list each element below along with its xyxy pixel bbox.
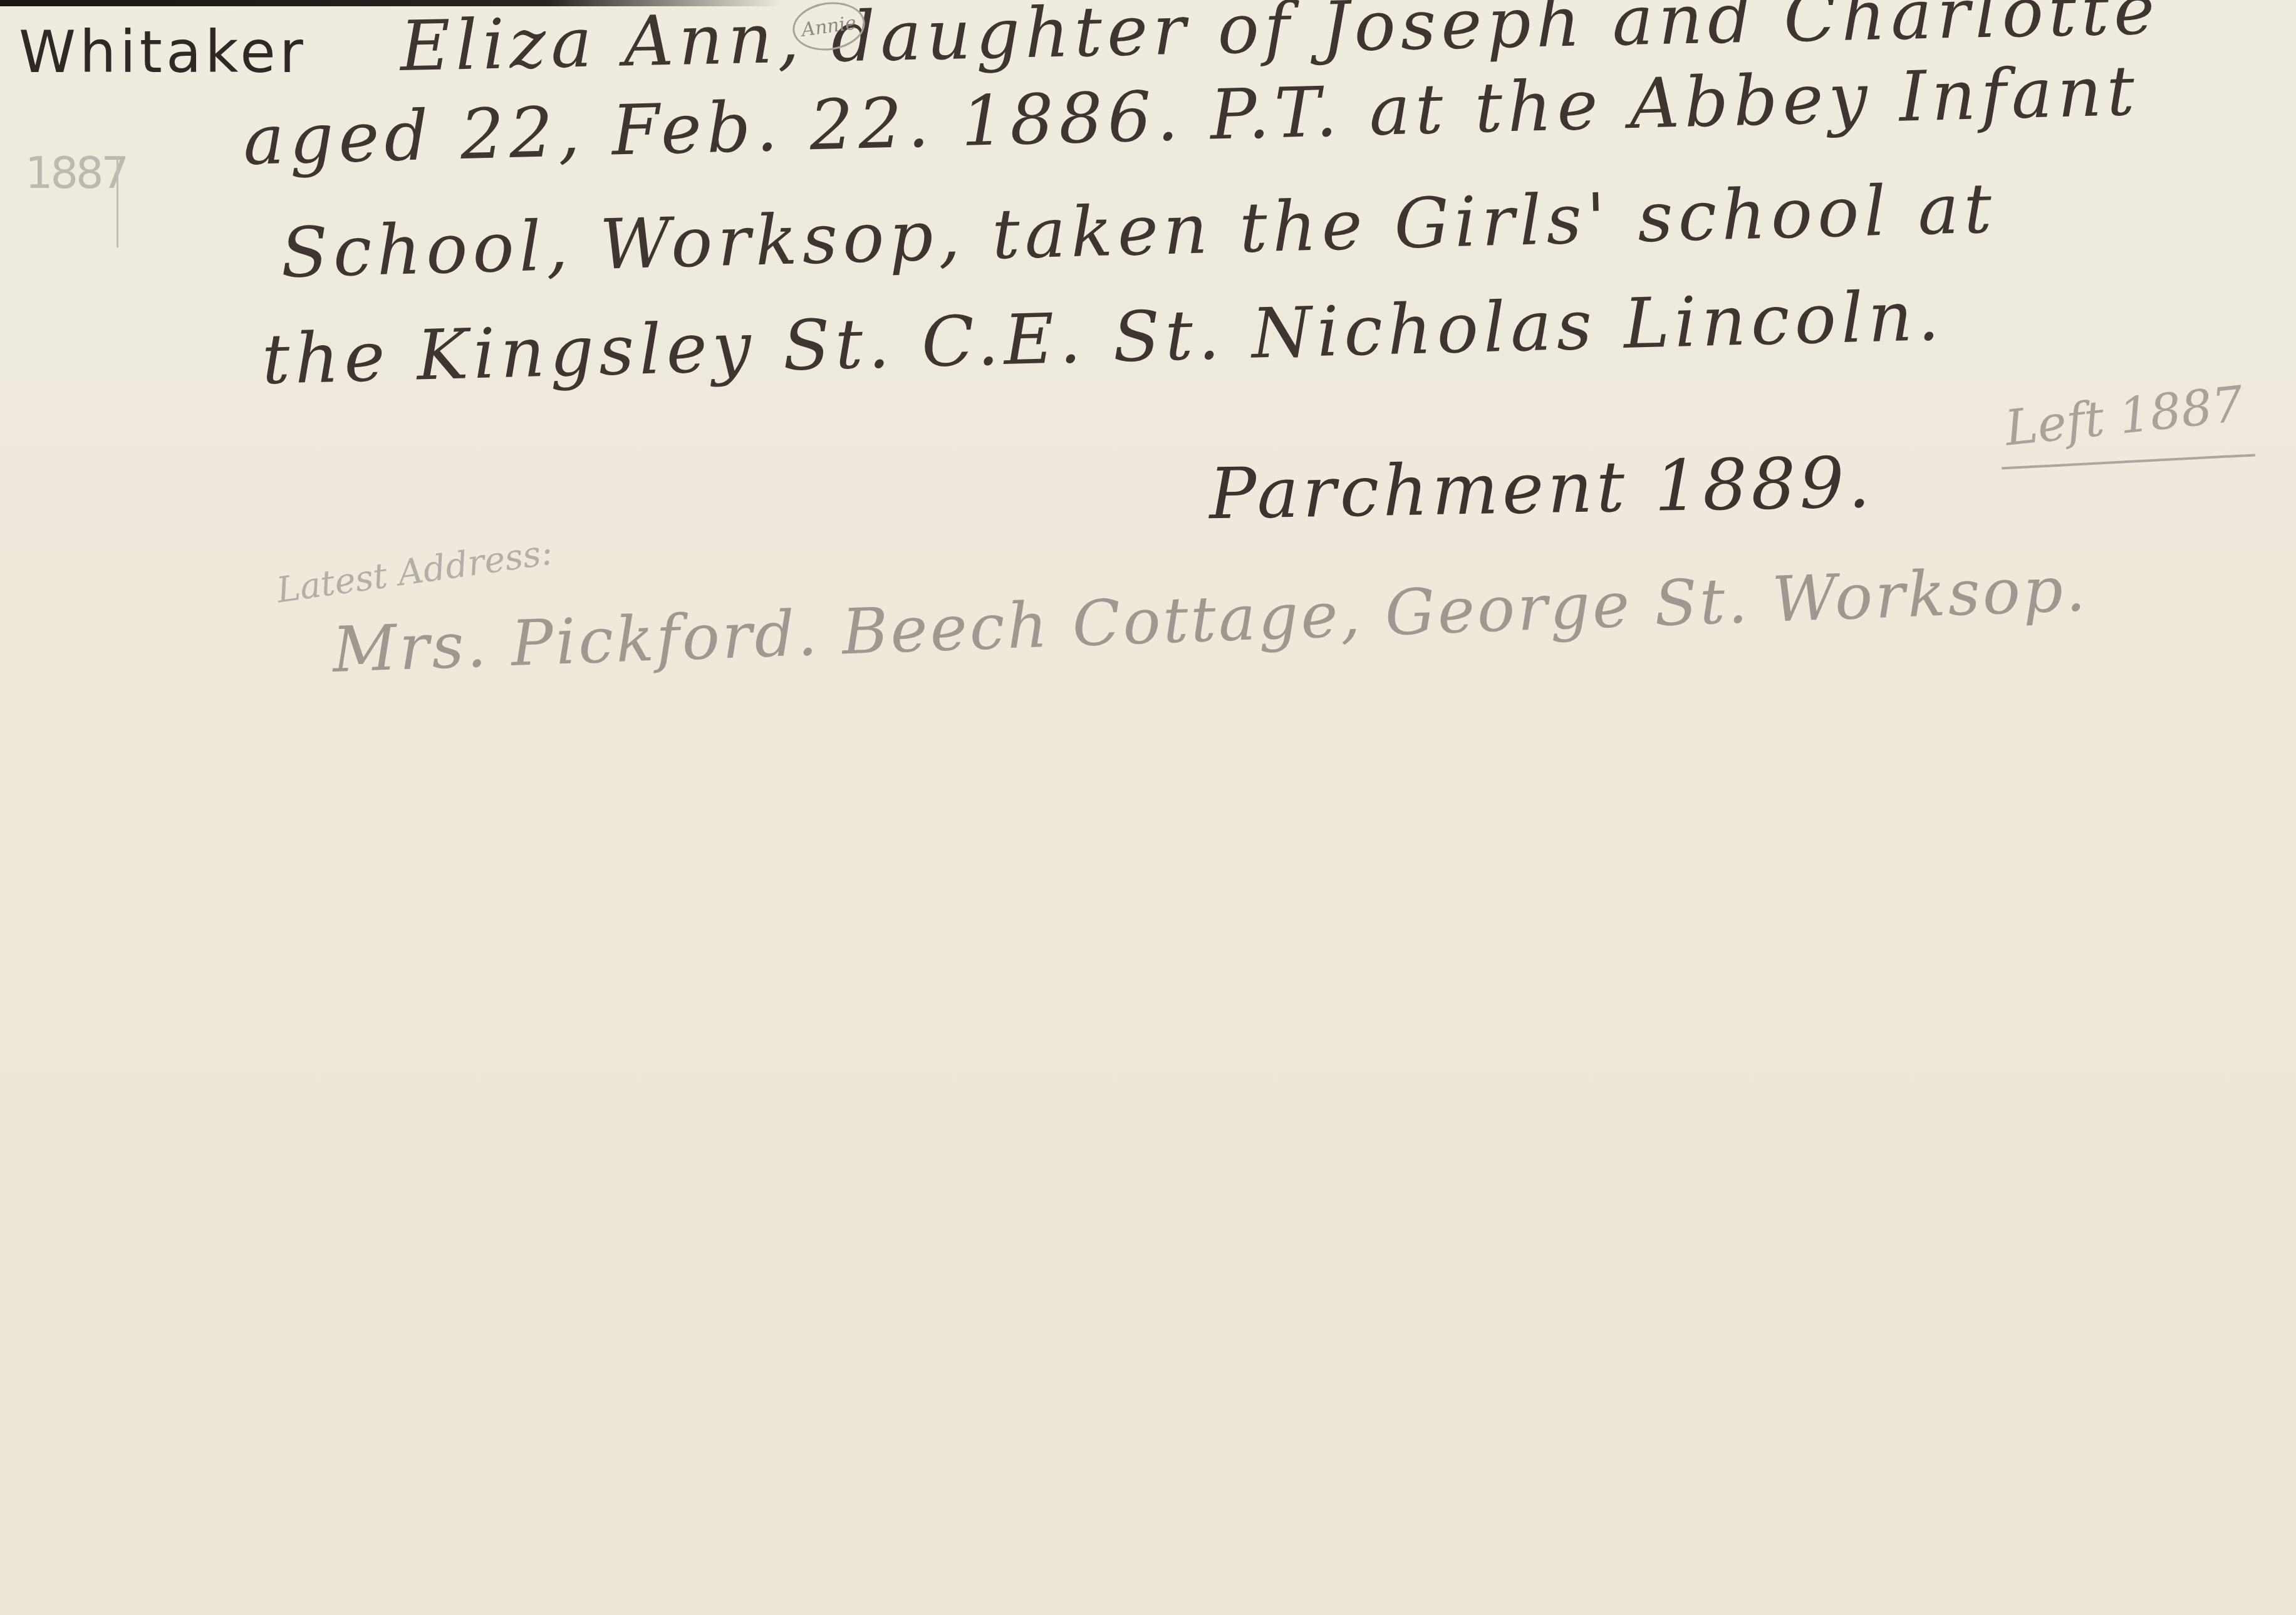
left-year-note: Left 1887 bbox=[2002, 376, 2246, 457]
left-note-underline bbox=[2002, 454, 2255, 469]
latest-address-value: Mrs. Pickford. Beech Cottage, George St.… bbox=[331, 552, 2089, 687]
parchment-note: Parchment 1889. bbox=[1208, 442, 1874, 536]
margin-bracket-mark bbox=[112, 160, 118, 247]
surname-heading: Whitaker bbox=[19, 19, 307, 86]
entry-line-4: the Kingsley St. C.E. St. Nicholas Linco… bbox=[261, 276, 1946, 400]
latest-address-label: Latest Address: bbox=[274, 532, 555, 611]
nickname-text: Annie bbox=[800, 12, 858, 41]
entry-line-3: School, Worksop, taken the Girls' school… bbox=[280, 168, 1998, 293]
index-card: Whitaker Eliza Ann, daughter of Joseph a… bbox=[0, 0, 2296, 1615]
